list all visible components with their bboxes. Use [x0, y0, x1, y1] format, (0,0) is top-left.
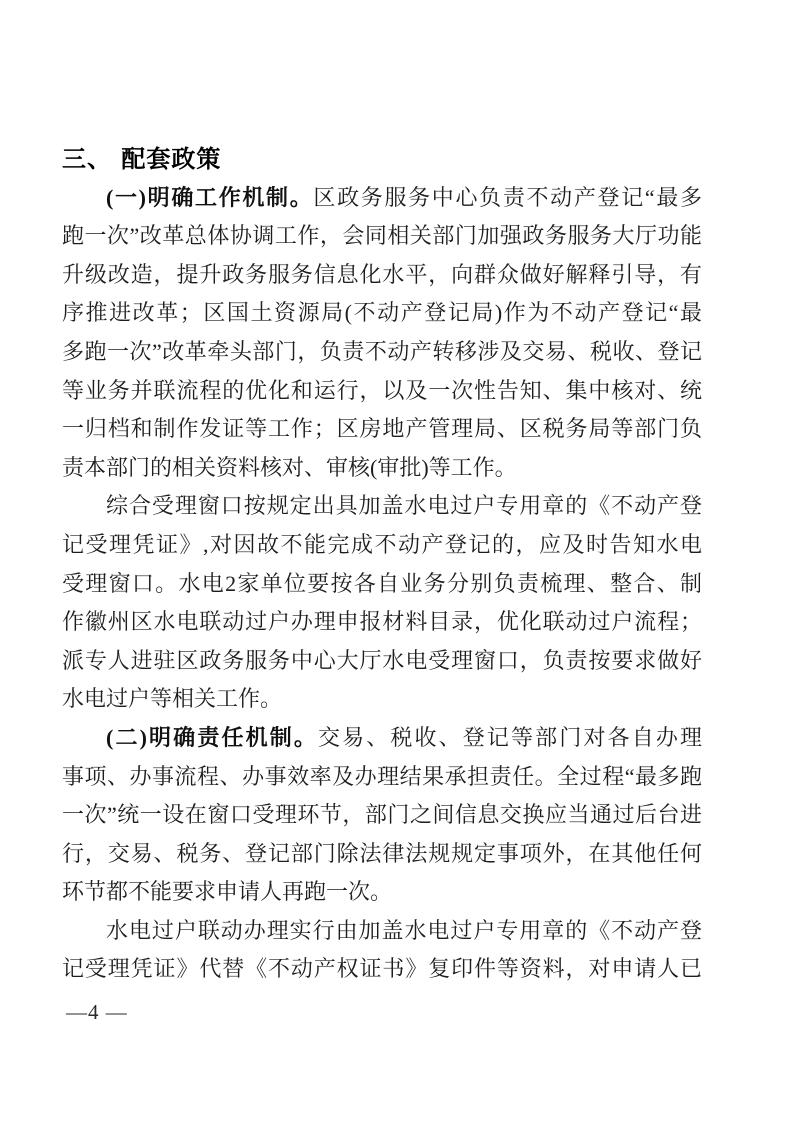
line-text: 环节都不能要求申请人再跑一次。	[62, 879, 392, 904]
line-text: 一次”统一设在窗口受理环节，部门之间信息交换应当通过后台进	[62, 802, 702, 827]
line-text: 责本部门的相关资料核对、审核(审批)等工作。	[62, 455, 517, 480]
section-heading: 三、 配套政策	[62, 140, 702, 179]
document-line: (一)明确工作机制。区政务服务中心负责不动产登记“最多	[62, 179, 702, 218]
document-line: 作徽州区水电联动过户办理申报材料目录，优化联动过户流程；	[62, 603, 702, 642]
line-text: 升级改造，提升政务服务信息化水平，向群众做好解释引导，有	[62, 262, 702, 287]
document-line: 一归档和制作发证等工作；区房地产管理局、区税务局等部门负	[62, 410, 702, 449]
document-line: (二)明确责任机制。交易、税收、登记等部门对各自办理	[62, 719, 702, 758]
line-text: 受理窗口。水电2家单位要按各自业务分别负责梳理、整合、制	[62, 571, 702, 596]
document-line: 序推进改革；区国土资源局(不动产登记局)作为不动产登记“最	[62, 294, 702, 333]
line-text: 区政务服务中心负责不动产登记“最多	[313, 185, 702, 210]
document-line: 水电过户等相关工作。	[62, 680, 702, 719]
page-number: —4 —	[66, 1000, 128, 1025]
line-text: 记受理凭证》代替《不动产权证书》复印件等资料，对申请人已	[62, 956, 702, 981]
paragraph-lead-bold: (一)明确工作机制。	[106, 185, 313, 210]
line-text: 综合受理窗口按规定出具加盖水电过户专用章的《不动产登	[106, 493, 702, 518]
document-line: 行，交易、税务、登记部门除法律法规规定事项外，在其他任何	[62, 835, 702, 874]
document-line: 受理窗口。水电2家单位要按各自业务分别负责梳理、整合、制	[62, 565, 702, 604]
document-line: 记受理凭证》,对因故不能完成不动产登记的，应及时告知水电	[62, 526, 702, 565]
document-body: 三、 配套政策 (一)明确工作机制。区政务服务中心负责不动产登记“最多 跑一次”…	[62, 140, 702, 989]
line-text: 派专人进驻区政务服务中心大厅水电受理窗口，负责按要求做好	[62, 648, 702, 673]
document-line: 责本部门的相关资料核对、审核(审批)等工作。	[62, 449, 702, 488]
line-text: 事项、办事流程、办事效率及办理结果承担责任。全过程“最多跑	[62, 764, 702, 789]
document-line: 多跑一次”改革牵头部门，负责不动产转移涉及交易、税收、登记	[62, 333, 702, 372]
document-line: 水电过户联动办理实行由加盖水电过户专用章的《不动产登	[62, 912, 702, 951]
line-text: 记受理凭证》,对因故不能完成不动产登记的，应及时告知水电	[62, 532, 702, 557]
line-text: 多跑一次”改革牵头部门，负责不动产转移涉及交易、税收、登记	[62, 339, 702, 364]
document-line: 事项、办事流程、办事效率及办理结果承担责任。全过程“最多跑	[62, 758, 702, 797]
line-text: 跑一次”改革总体协调工作，会同相关部门加强政务服务大厅功能	[62, 223, 702, 248]
document-line: 跑一次”改革总体协调工作，会同相关部门加强政务服务大厅功能	[62, 217, 702, 256]
line-text: 水电过户等相关工作。	[62, 686, 282, 711]
document-line: 综合受理窗口按规定出具加盖水电过户专用章的《不动产登	[62, 487, 702, 526]
document-line: 等业务并联流程的优化和运行，以及一次性告知、集中核对、统	[62, 372, 702, 411]
line-text: 作徽州区水电联动过户办理申报材料目录，优化联动过户流程；	[62, 609, 702, 634]
line-text: 行，交易、税务、登记部门除法律法规规定事项外，在其他任何	[62, 841, 702, 866]
line-text: 等业务并联流程的优化和运行，以及一次性告知、集中核对、统	[62, 378, 702, 403]
document-line: 派专人进驻区政务服务中心大厅水电受理窗口，负责按要求做好	[62, 642, 702, 681]
document-line: 升级改造，提升政务服务信息化水平，向群众做好解释引导，有	[62, 256, 702, 295]
line-text: 水电过户联动办理实行由加盖水电过户专用章的《不动产登	[106, 918, 702, 943]
line-text: 交易、税收、登记等部门对各自办理	[318, 725, 702, 750]
line-text: 序推进改革；区国土资源局(不动产登记局)作为不动产登记“最	[62, 300, 702, 325]
document-line: 一次”统一设在窗口受理环节，部门之间信息交换应当通过后台进	[62, 796, 702, 835]
document-page: 三、 配套政策 (一)明确工作机制。区政务服务中心负责不动产登记“最多 跑一次”…	[0, 0, 793, 1121]
document-line: 记受理凭证》代替《不动产权证书》复印件等资料，对申请人已	[62, 950, 702, 989]
line-text: 一归档和制作发证等工作；区房地产管理局、区税务局等部门负	[62, 416, 702, 441]
paragraph-lead-bold: (二)明确责任机制。	[106, 725, 318, 750]
document-line: 环节都不能要求申请人再跑一次。	[62, 873, 702, 912]
